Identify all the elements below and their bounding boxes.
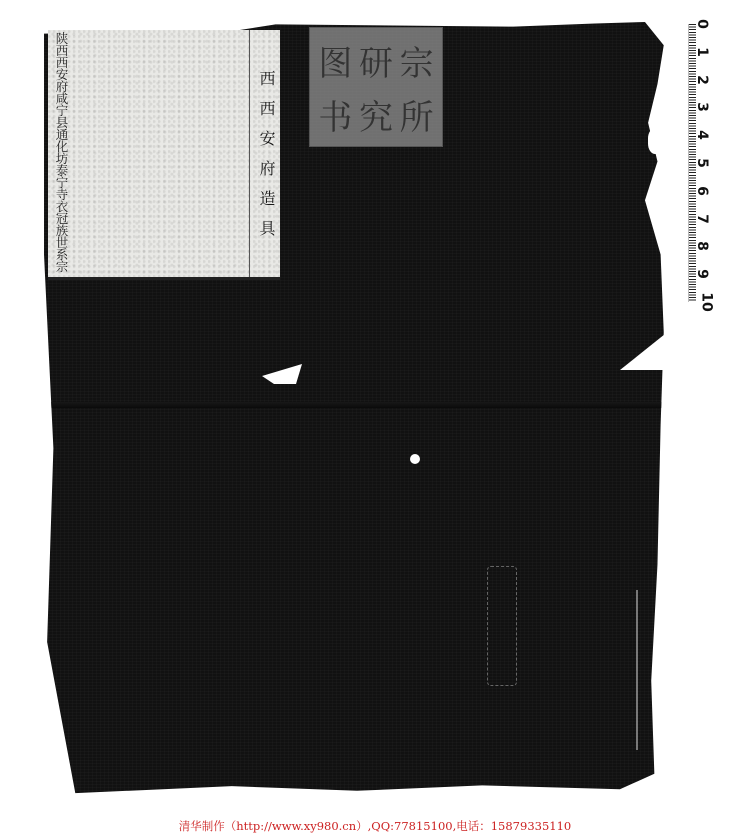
library-seal: 图研宗书究所 xyxy=(309,27,443,147)
seal-character: 宗 xyxy=(397,34,436,86)
fold-crease xyxy=(44,402,670,408)
ruler-mark: 5 xyxy=(694,158,710,168)
ruler-mark: 10 xyxy=(699,292,715,311)
faint-stamp xyxy=(487,566,517,686)
ruler-mark: 7 xyxy=(694,214,710,224)
title-label-slip: 陕西西安府咸宁县通化坊泰宁寺衣冠族世系宗谱志卷册道光四年岁次甲申九月吉日 西西安… xyxy=(48,30,280,280)
scanned-page: 陕西西安府咸宁县通化坊泰宁寺衣冠族世系宗谱志卷册道光四年岁次甲申九月吉日 西西安… xyxy=(0,0,750,836)
slip-left-column: 陕西西安府咸宁县通化坊泰宁寺衣冠族世系宗谱志卷册道光四年岁次甲申九月吉日 xyxy=(50,32,70,274)
seal-character: 研 xyxy=(357,34,396,86)
ruler-mark: 6 xyxy=(694,186,710,196)
ruler-mark: 2 xyxy=(694,75,710,85)
footer-watermark: 清华制作（http://www.xy980.cn）,QQ:77815100,电话… xyxy=(0,818,750,834)
paper-tear xyxy=(648,128,666,154)
ruler-mark: 3 xyxy=(694,103,710,113)
ruler-mark: 9 xyxy=(694,269,710,279)
ruler-mark: 1 xyxy=(694,47,710,57)
paper-hole xyxy=(410,454,420,464)
measurement-ruler: 012345678910 xyxy=(688,24,711,302)
slip-right-column: 西西安府造具 xyxy=(252,70,278,250)
edge-crease xyxy=(636,590,638,750)
slip-divider xyxy=(249,30,250,277)
ruler-mark: 0 xyxy=(694,19,710,29)
ruler-mark: 4 xyxy=(694,130,710,140)
seal-character: 图 xyxy=(316,34,355,86)
seal-character: 书 xyxy=(316,88,355,140)
seal-characters: 图研宗书究所 xyxy=(316,34,436,140)
ruler-numbers: 012345678910 xyxy=(697,24,711,302)
seal-character: 所 xyxy=(397,88,436,140)
ruler-mark: 8 xyxy=(694,242,710,252)
seal-character: 究 xyxy=(357,88,396,140)
